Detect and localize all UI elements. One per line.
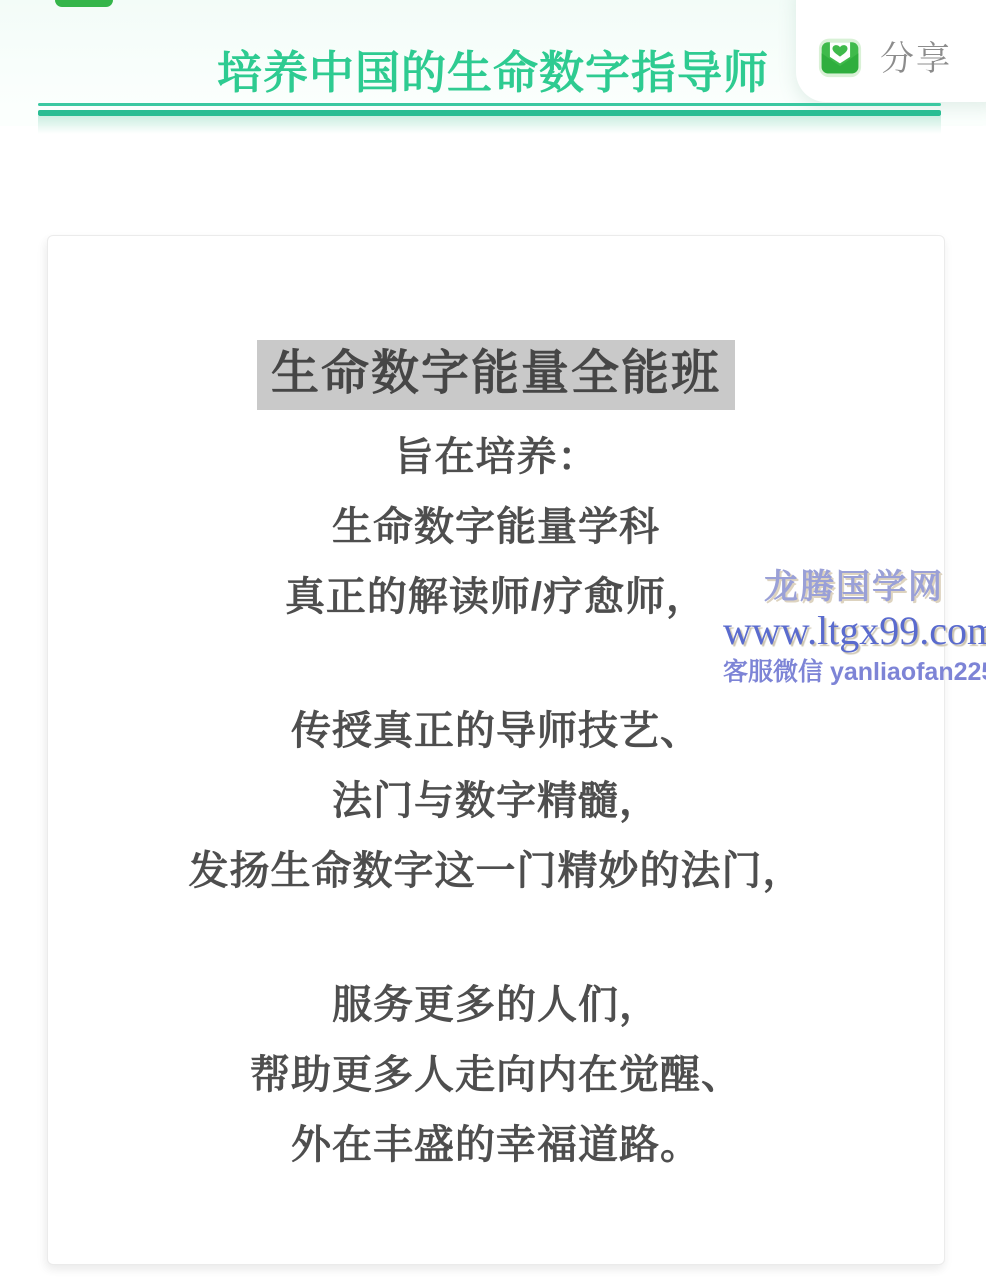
- text-line: 法门与数字精髓，: [48, 766, 944, 836]
- text-line: 旨在培养：: [48, 422, 944, 492]
- share-button[interactable]: 分享: [796, 0, 986, 102]
- share-button-content: 分享: [818, 31, 974, 80]
- divider-fade: [38, 116, 941, 134]
- text-line: 发扬生命数字这一门精妙的法门，: [48, 836, 944, 906]
- header-divider: [38, 103, 941, 134]
- share-envelope-heart-icon: [818, 34, 862, 78]
- card-heading-highlighted: 生命数字能量全能班: [257, 340, 735, 410]
- card-heading-row: 生命数字能量全能班: [48, 340, 944, 422]
- text-line: 传授真正的导师技艺、: [48, 696, 944, 766]
- content-card: 生命数字能量全能班 旨在培养： 生命数字能量学科 真正的解读师/疗愈师， 传授真…: [47, 235, 945, 1265]
- text-line: 外在丰盛的幸福道路。: [48, 1110, 944, 1180]
- text-line: 服务更多的人们，: [48, 970, 944, 1040]
- text-line: 帮助更多人走向内在觉醒、: [48, 1040, 944, 1110]
- text-line: 真正的解读师/疗愈师，: [48, 562, 944, 632]
- top-edge-pill: [55, 0, 113, 7]
- text-line: 生命数字能量学科: [48, 492, 944, 562]
- share-button-label: 分享: [880, 31, 952, 80]
- page: 培养中国的生命数字指导师 分享 生: [0, 0, 986, 1280]
- stanza-gap: [48, 906, 944, 970]
- divider-line-thin: [38, 103, 941, 106]
- stanza-gap: [48, 632, 944, 696]
